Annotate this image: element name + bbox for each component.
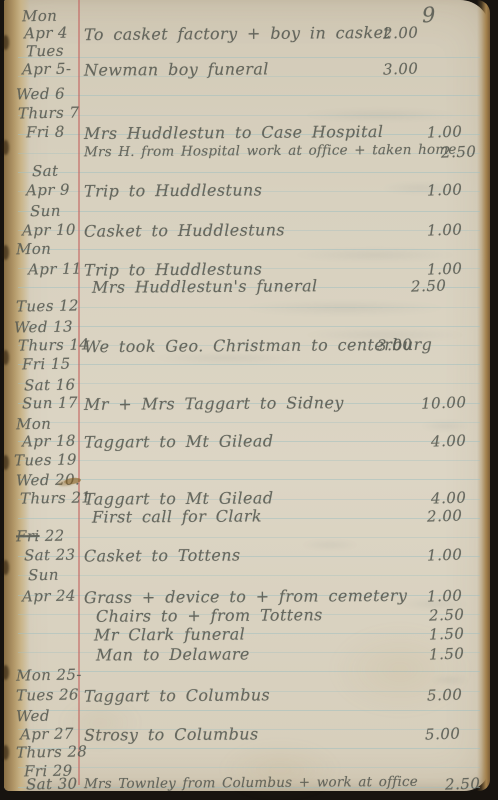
entry-date: Apr 24 — [22, 587, 76, 606]
ledger-row: Sat 23Casket to Tottens1.00 — [4, 546, 490, 566]
entry-description: Mrs Huddlestun to Case Hospital — [84, 122, 383, 143]
entry-amount: 4.00 — [430, 488, 466, 507]
entry-amount: 2.00 — [426, 506, 462, 525]
ledger-row: Apr 10Casket to Huddlestuns1.00 — [4, 221, 490, 241]
entry-date: Fri 15 — [22, 355, 71, 374]
entry-description: Mrs H. from Hospital work at office + ta… — [84, 142, 457, 161]
entry-date: Apr 10 — [22, 221, 76, 240]
entry-amount: 1.00 — [426, 122, 462, 141]
entry-description: Casket to Huddlestuns — [84, 220, 285, 240]
ledger-row: Fri 8Mrs Huddlestun to Case Hospital1.00 — [4, 123, 490, 143]
entry-date: Apr 9 — [26, 181, 70, 200]
entry-description: Taggart to Mt Gilead — [84, 431, 274, 451]
entry-date: Fri 22 — [16, 527, 65, 546]
entry-date: Wed — [16, 707, 50, 726]
entry-description: First call for Clark — [92, 506, 262, 526]
ledger-row: Sat — [4, 162, 490, 182]
entry-amount: 2.50 — [444, 774, 480, 793]
entry-date: Apr 5- — [22, 60, 72, 79]
entry-date: Tues 19 — [14, 450, 77, 469]
ledger-row: First call for Clark2.00 — [4, 507, 490, 527]
entry-date: Tues 26 — [16, 685, 79, 704]
entry-date: Mon 25- — [16, 665, 82, 684]
ledger-row: Sun — [4, 566, 490, 586]
entry-description: To casket factory + boy in casket — [84, 23, 390, 44]
entry-date: Sat 23 — [24, 546, 76, 565]
bleed-through-mark — [300, 328, 470, 342]
entry-date: Mon — [16, 240, 52, 259]
entry-date: Apr 18 — [22, 432, 76, 451]
ledger-row: Apr 4To casket factory + boy in casket2.… — [4, 24, 490, 44]
entry-date: Tues — [26, 42, 64, 61]
entry-date: Thurs 7 — [18, 103, 80, 122]
entry-amount: 2.00 — [382, 23, 418, 42]
entry-amount: 2.50 — [440, 142, 476, 161]
entry-date: Sat 16 — [24, 376, 76, 395]
bleed-through-mark — [300, 108, 460, 122]
entry-date: Thurs 14 — [18, 335, 90, 354]
entry-description: Mr Clark funeral — [94, 624, 245, 644]
entry-date: Wed 6 — [16, 85, 65, 104]
entry-date: Apr 11 — [28, 260, 82, 279]
entry-date: Apr 4 — [24, 24, 68, 43]
entry-amount: 2.50 — [410, 276, 446, 295]
entry-description: Mr + Mrs Taggart to Sidney — [84, 393, 344, 414]
entry-description: Grass + device to + from cemetery — [84, 586, 407, 607]
ledger-row: Sun — [4, 202, 490, 222]
entry-date: Sun — [30, 202, 61, 221]
entry-date: Tues 12 — [16, 296, 79, 315]
entry-amount: 1.00 — [426, 220, 462, 239]
entry-date: Sun — [28, 566, 59, 585]
entry-date: Thurs 21 — [20, 488, 92, 507]
ledger-row: Mrs H. from Hospital work at office + ta… — [4, 143, 490, 163]
entry-description: Trip to Huddlestuns — [84, 180, 262, 200]
entry-amount: 10.00 — [420, 393, 466, 413]
ledger-row: Mrs Huddlestun's funeral2.50 — [4, 277, 490, 297]
bleed-through-mark — [240, 300, 450, 316]
bleed-through-mark — [290, 248, 460, 262]
ledger-page: 9 MonApr 4To casket factory + boy in cas… — [4, 0, 490, 791]
entry-date: Mon — [22, 7, 58, 26]
entry-date: Thurs 28 — [16, 742, 88, 761]
entry-date: Sun 17 — [22, 394, 78, 413]
bleed-through-mark — [380, 182, 460, 194]
age-stain — [330, 625, 470, 715]
entry-amount: 1.00 — [426, 545, 462, 564]
entry-description: Mrs Huddlestun's funeral — [92, 276, 318, 297]
ledger-scan: 9 MonApr 4To casket factory + boy in cas… — [0, 0, 498, 800]
entry-date: Sat 30 — [26, 775, 78, 794]
ledger-row: Apr 18Taggart to Mt Gilead4.00 — [4, 432, 490, 452]
ledger-row: Sun 17Mr + Mrs Taggart to Sidney10.00 — [4, 394, 490, 414]
age-stain — [60, 698, 140, 748]
entry-description: Newman boy funeral — [84, 59, 269, 79]
entry-amount: 3.00 — [382, 59, 418, 78]
ledger-row: Wed 6 — [4, 85, 490, 105]
ledger-row: Tues 19 — [4, 451, 490, 471]
age-stain — [220, 742, 340, 797]
entry-description: Casket to Tottens — [84, 545, 241, 565]
entry-date: Fri 8 — [26, 123, 65, 142]
bleed-through-mark — [150, 352, 300, 364]
entry-date-struck: Fri — [16, 527, 40, 545]
entry-amount: 5.00 — [424, 724, 460, 743]
bleed-through-mark — [420, 420, 470, 432]
entry-date: Mon — [16, 415, 52, 434]
entry-amount: 4.00 — [430, 431, 466, 450]
bleed-through-mark — [400, 598, 470, 610]
entry-description: Chairs to + from Tottens — [96, 605, 323, 626]
ledger-row: Apr 5-Newman boy funeral3.00 — [4, 60, 490, 80]
ledger-row: Fri 22 — [4, 527, 490, 547]
entry-date: Sat — [32, 162, 59, 180]
entry-date: Wed 13 — [14, 317, 73, 336]
entry-description: Man to Delaware — [96, 644, 250, 664]
bleed-through-mark — [300, 540, 360, 550]
